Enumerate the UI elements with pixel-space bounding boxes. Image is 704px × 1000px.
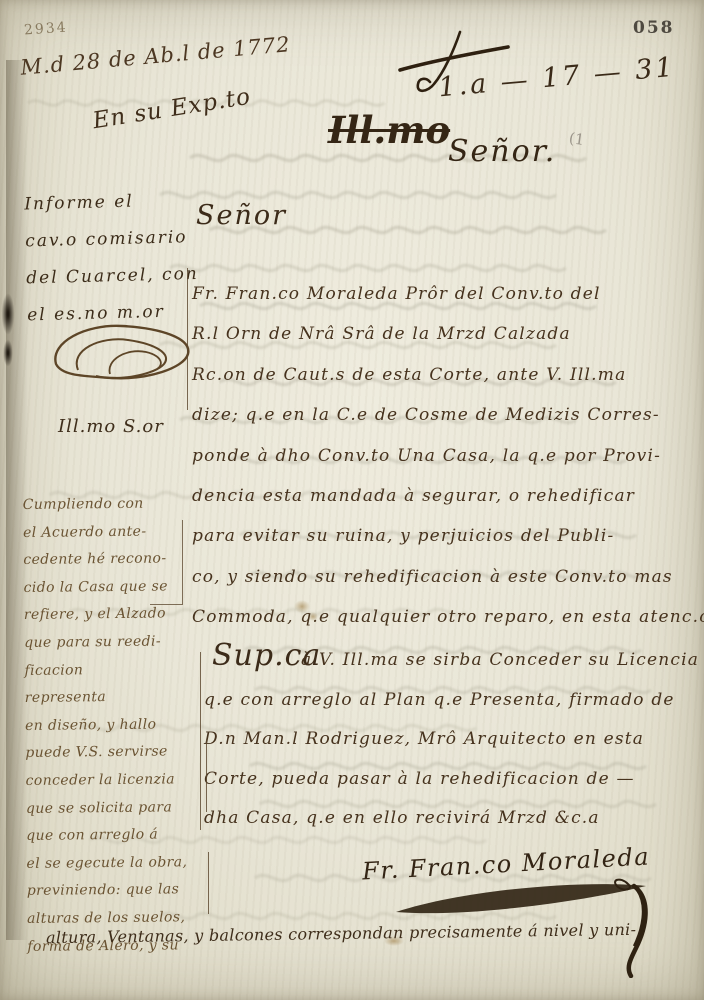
petition-line: D.n Man.l Rodriguez, Mrô Arquitecto en e… bbox=[204, 729, 644, 749]
margin-report-line: Cumpliendo con bbox=[23, 496, 144, 513]
margin-report-line: que con arreglo á bbox=[26, 827, 158, 844]
margin-decree-line: Informe el bbox=[24, 192, 134, 215]
margin-report-line: el Acuerdo ante- bbox=[23, 523, 147, 540]
margin-report-line: ficacion bbox=[24, 662, 83, 679]
petition-body-upper: Fr. Fran.co Moraleda Prôr del Conv.to de… bbox=[192, 284, 672, 654]
margin-heading-illmo-sor: Ill.mo S.or bbox=[58, 416, 164, 437]
margin-bracket bbox=[187, 268, 188, 410]
petition-line: Corte, pueda pasar à la rehedificacion d… bbox=[204, 769, 635, 789]
margin-report-line: conceder la licenzia bbox=[26, 771, 176, 789]
margin-report-line: cedente hé recono- bbox=[23, 551, 166, 568]
margin-report-line: en diseño, y hallo bbox=[25, 716, 156, 733]
petition-line: q.e con arreglo al Plan q.e Presenta, fi… bbox=[204, 690, 675, 710]
margin-report-line: puede V.S. servirse bbox=[25, 744, 168, 761]
petition-line: Rc.on de Caut.s de esta Corte, ante V. I… bbox=[192, 365, 626, 385]
margin-bracket bbox=[206, 740, 207, 812]
folio-stamp-number: 058 bbox=[633, 18, 675, 38]
margin-bracket bbox=[150, 520, 183, 605]
margin-report-line: representa bbox=[25, 689, 107, 706]
margin-report-line: previniendo: que las bbox=[27, 882, 180, 900]
petition-line: dencia esta mandada à segurar, o rehedif… bbox=[192, 486, 635, 506]
petition-line: co, y siendo su rehedificacion à este Co… bbox=[192, 567, 673, 587]
margin-bracket bbox=[208, 852, 209, 914]
heading-senor: Señor. bbox=[448, 134, 556, 169]
pencil-mark: (1 bbox=[568, 129, 586, 149]
invocation-cross-icon bbox=[396, 28, 514, 98]
petition-line: dize; q.e en la C.e de Cosme de Medizis … bbox=[192, 405, 660, 425]
margin-report-line: el se egecute la obra, bbox=[26, 854, 187, 872]
margin-report-line: que se solicita para bbox=[26, 799, 172, 817]
petition-line: R.l Orn de Nrâ Srâ de la Mrzd Calzada bbox=[192, 324, 571, 344]
margin-decree-line: del Cuarcel, con bbox=[26, 264, 199, 289]
heading-illmo: Ill.mo bbox=[328, 108, 450, 152]
margin-bracket bbox=[200, 652, 201, 830]
petition-line: à V. Ill.ma se sirba Conceder su Licenci… bbox=[301, 650, 704, 670]
margin-report-line: cido la Casa que se bbox=[24, 578, 168, 596]
rubric-flourish bbox=[48, 316, 198, 400]
petition-line: para evitar su ruina, y perjuicios del P… bbox=[192, 526, 615, 546]
petition-line: dha Casa, q.e en ello recivirá Mrzd &c.a bbox=[204, 808, 600, 828]
margin-report-line: refiere, y el Alzado bbox=[24, 606, 166, 623]
petition-line: Commoda, q.e qualquier otro reparo, en e… bbox=[192, 607, 704, 627]
margin-report-line: que para su reedi- bbox=[24, 634, 161, 651]
manuscript-scan: 2934 058 (1 M.d 28 de Ab.l de 1772 En su… bbox=[0, 0, 704, 1000]
archival-pencil-number: 2934 bbox=[23, 19, 68, 38]
petition-line: ponde à dho Conv.to Una Casa, la q.e por… bbox=[192, 446, 661, 466]
petition-body-lower: à V. Ill.ma se sirba Conceder su Licenci… bbox=[204, 650, 674, 860]
petition-line: Fr. Fran.co Moraleda Prôr del Conv.to de… bbox=[192, 284, 601, 304]
margin-report-line: alturas de los suelos, bbox=[27, 909, 185, 927]
margin-decree-line: cav.o comisario bbox=[25, 227, 188, 251]
